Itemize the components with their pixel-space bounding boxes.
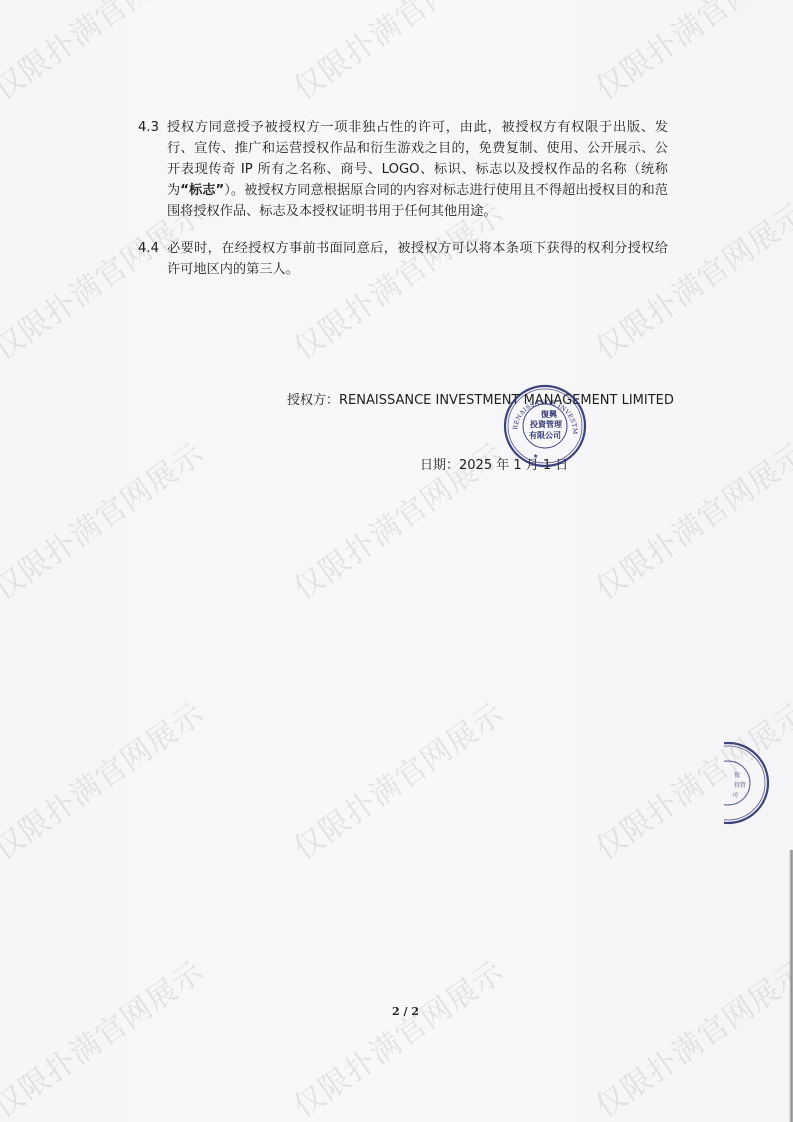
svg-text:投資管理: 投資管理	[530, 419, 563, 429]
defined-term: “标志”	[180, 183, 224, 198]
watermark-text: 仅限扑满官网展示	[585, 948, 793, 1122]
watermark-text: 仅限扑满官网展示	[585, 0, 793, 108]
licensor-line: 授权方：RENAISSANCE INVESTMENT MANAGEMENT LI…	[287, 389, 674, 408]
scan-edge-shadow	[789, 850, 793, 1122]
company-seal-stamp: RENAISSANCE INVESTMENT MANAGEMENT LIMITE…	[503, 384, 587, 468]
watermark-text: 仅限扑满官网展示	[0, 430, 211, 608]
watermark-text: 仅限扑满官网展示	[283, 690, 511, 868]
svg-text:有限公司: 有限公司	[529, 430, 561, 440]
watermark-text: 仅限扑满官网展示	[283, 948, 511, 1122]
clause-number: 4.3	[138, 117, 166, 138]
watermark-text: 仅限扑满官网展示	[0, 0, 211, 108]
watermark-text: 仅限扑满官网展示	[283, 0, 511, 108]
svg-text:復: 復	[734, 771, 740, 779]
clause-4-4: 4.4 必要时，在经授权方事前书面同意后，被授权方可以将本条项下获得的权利分授权…	[138, 238, 668, 280]
date-label: 日期：	[420, 458, 459, 473]
svg-text:司: 司	[732, 791, 738, 799]
watermark-text: 仅限扑满官网展示	[0, 948, 211, 1122]
svg-text:★: ★	[533, 453, 538, 460]
watermark-text: 仅限扑满官网展示	[585, 430, 793, 608]
cross-page-seal-stamp: 復 投管 司	[724, 741, 770, 825]
document-page: 仅限扑满官网展示仅限扑满官网展示仅限扑满官网展示仅限扑满官网展示仅限扑满官网展示…	[0, 0, 793, 1122]
clause-text: 授权方同意授予被授权方一项非独占性的许可，由此，被授权方有权限于出版、发行、宣传…	[167, 117, 668, 222]
clause-4-3: 4.3 授权方同意授予被授权方一项非独占性的许可，由此，被授权方有权限于出版、发…	[138, 117, 668, 222]
clause-number: 4.4	[138, 238, 166, 259]
svg-text:復興: 復興	[541, 409, 558, 419]
watermark-text: 仅限扑满官网展示	[0, 690, 211, 868]
licensor-label: 授权方：	[287, 393, 339, 408]
page-number: 2 / 2	[392, 1005, 419, 1018]
clause-text: 必要时，在经授权方事前书面同意后，被授权方可以将本条项下获得的权利分授权给许可地…	[167, 238, 668, 280]
svg-text:投管: 投管	[734, 781, 746, 789]
